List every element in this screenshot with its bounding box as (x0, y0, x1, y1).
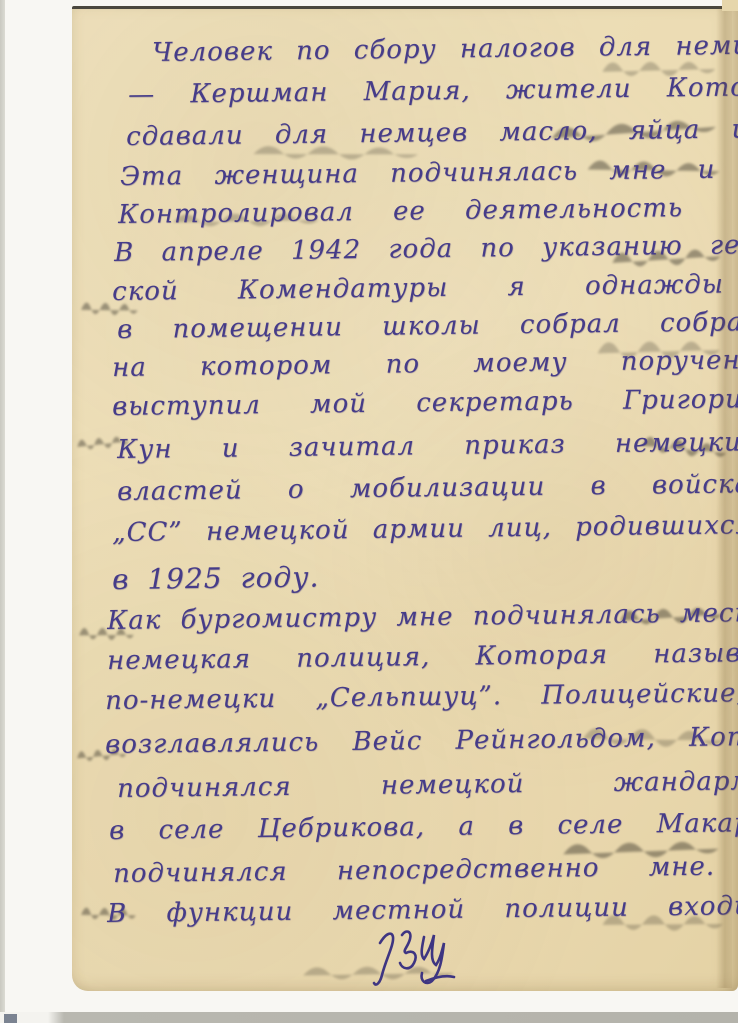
scanner-edge-left (0, 0, 5, 1023)
handwritten-line: в 1925 году. (112, 562, 320, 594)
scanner-corner-artifact (4, 1014, 17, 1023)
scanned-document-page: Человек по сбору налогов для немцев — Ке… (0, 0, 738, 1023)
signature-flourish (366, 925, 476, 997)
paper-corner-sliver (722, 0, 738, 11)
scanner-edge-bottom (0, 1012, 738, 1023)
